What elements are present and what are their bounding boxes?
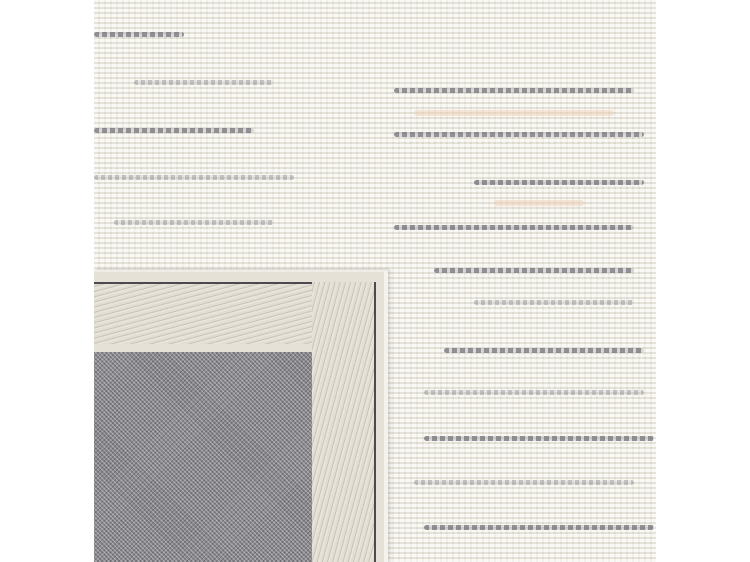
pile-streak: [424, 390, 644, 395]
pile-streak: [94, 175, 294, 180]
pile-peach-tone: [494, 200, 584, 206]
pile-streak: [94, 128, 254, 133]
pile-streak: [424, 436, 654, 441]
pile-streak: [414, 480, 634, 485]
pile-streak: [474, 180, 644, 185]
backing-fabric: [94, 352, 312, 562]
pile-streak: [94, 32, 184, 37]
pile-streak: [434, 268, 634, 273]
pile-streak: [474, 300, 634, 305]
pile-streak: [394, 88, 634, 93]
rug-photo: [94, 0, 656, 562]
pile-streak: [134, 80, 274, 85]
pile-streak: [424, 525, 654, 530]
pile-streak: [394, 132, 644, 137]
pile-peach-tone: [414, 110, 614, 116]
pile-streak: [114, 220, 274, 225]
pile-streak: [394, 225, 634, 230]
binding-tape-right: [312, 282, 376, 562]
folded-corner: [94, 270, 388, 562]
pile-streak: [444, 348, 644, 353]
